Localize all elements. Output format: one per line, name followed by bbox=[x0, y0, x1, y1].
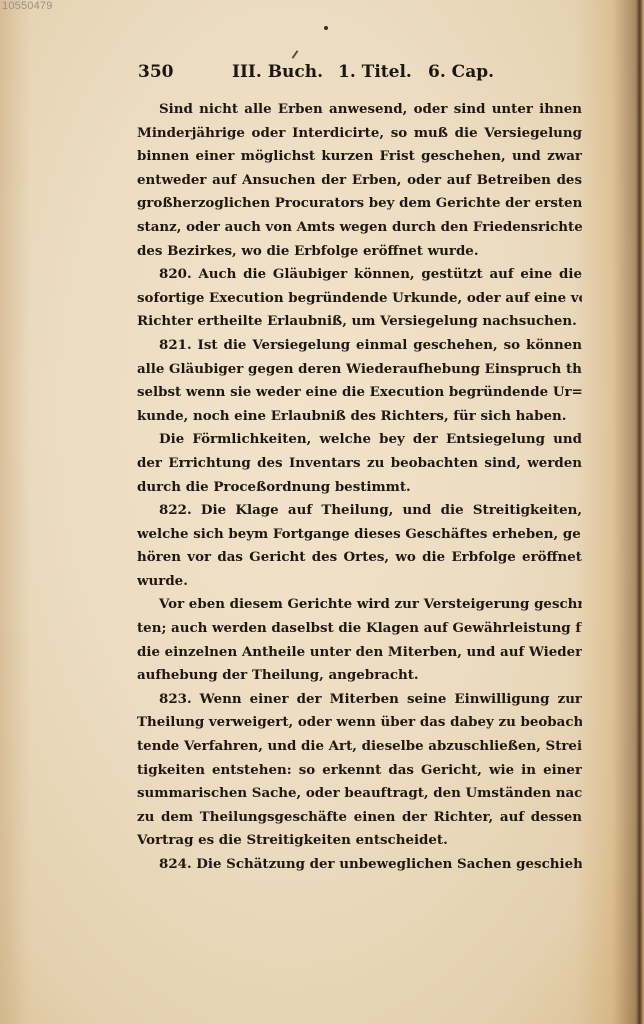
text-line: selbst wenn sie weder eine die Execution… bbox=[137, 381, 582, 405]
header-title: 1. Titel. bbox=[338, 62, 412, 82]
ink-mark bbox=[292, 50, 299, 59]
text-line: sofortige Execution begründende Urkunde,… bbox=[137, 287, 582, 311]
text-line: 821. Ist die Versiegelung einmal gescheh… bbox=[137, 334, 582, 358]
text-line: 824. Die Schätzung der unbeweglichen Sac… bbox=[137, 853, 582, 877]
header-book: III. Buch. bbox=[232, 62, 323, 82]
text-line: Richter ertheilte Erlaubniß, um Versiege… bbox=[137, 310, 582, 334]
text-line: stanz, oder auch von Amts wegen durch de… bbox=[137, 216, 582, 240]
text-line: alle Gläubiger gegen deren Wiederaufhebu… bbox=[137, 358, 582, 382]
text-line: großherzoglichen Procurators bey dem Ger… bbox=[137, 192, 582, 216]
text-line: hören vor das Gericht des Ortes, wo die … bbox=[137, 546, 582, 570]
text-line: entweder auf Ansuchen der Erben, oder au… bbox=[137, 169, 582, 193]
text-line: Vor eben diesem Gerichte wird zur Verste… bbox=[137, 593, 582, 617]
running-header: 350 III. Buch. 1. Titel. 6. Cap. bbox=[138, 62, 578, 90]
text-line: durch die Proceßordnung bestimmt. bbox=[137, 476, 582, 500]
text-line: aufhebung der Theilung, angebracht. bbox=[137, 664, 582, 688]
text-line: Die Förmlichkeiten, welche bey der Entsi… bbox=[137, 428, 582, 452]
text-line: 820. Auch die Gläubiger können, gestützt… bbox=[137, 263, 582, 287]
header-chapter: 6. Cap. bbox=[428, 62, 494, 82]
text-line: Minderjährige oder Interdicirte, so muß … bbox=[137, 122, 582, 146]
text-line: ten; auch werden daselbst die Klagen auf… bbox=[137, 617, 582, 641]
text-line: tende Verfahren, und die Art, dieselbe a… bbox=[137, 735, 582, 759]
text-line: welche sich beym Fortgange dieses Geschä… bbox=[137, 523, 582, 547]
ink-dot bbox=[324, 26, 328, 30]
text-line: zu dem Theilungsgeschäfte einen der Rich… bbox=[137, 806, 582, 830]
text-line: 822. Die Klage auf Theilung, und die Str… bbox=[137, 499, 582, 523]
text-line: summarischen Sache, oder beauftragt, den… bbox=[137, 782, 582, 806]
text-line: der Errichtung des Inventars zu beobacht… bbox=[137, 452, 582, 476]
text-line: Sind nicht alle Erben anwesend, oder sin… bbox=[137, 98, 582, 122]
text-line: Vortrag es die Streitigkeiten entscheide… bbox=[137, 829, 582, 853]
page-number: 350 bbox=[138, 62, 174, 82]
book-page: 10550479 350 III. Buch. 1. Titel. 6. Cap… bbox=[0, 0, 644, 1024]
text-line: kunde, noch eine Erlaubniß des Richters,… bbox=[137, 405, 582, 429]
text-line: die einzelnen Antheile unter den Miterbe… bbox=[137, 641, 582, 665]
text-line: Theilung verweigert, oder wenn über das … bbox=[137, 711, 582, 735]
text-line: des Bezirkes, wo die Erbfolge eröffnet w… bbox=[137, 240, 582, 264]
text-line: wurde. bbox=[137, 570, 582, 594]
text-line: 823. Wenn einer der Miterben seine Einwi… bbox=[137, 688, 582, 712]
text-line: binnen einer möglichst kurzen Frist gesc… bbox=[137, 145, 582, 169]
body-text: Sind nicht alle Erben anwesend, oder sin… bbox=[137, 98, 582, 877]
text-line: tigkeiten entstehen: so erkennt das Geri… bbox=[137, 759, 582, 783]
scan-id-label: 10550479 bbox=[2, 0, 53, 12]
